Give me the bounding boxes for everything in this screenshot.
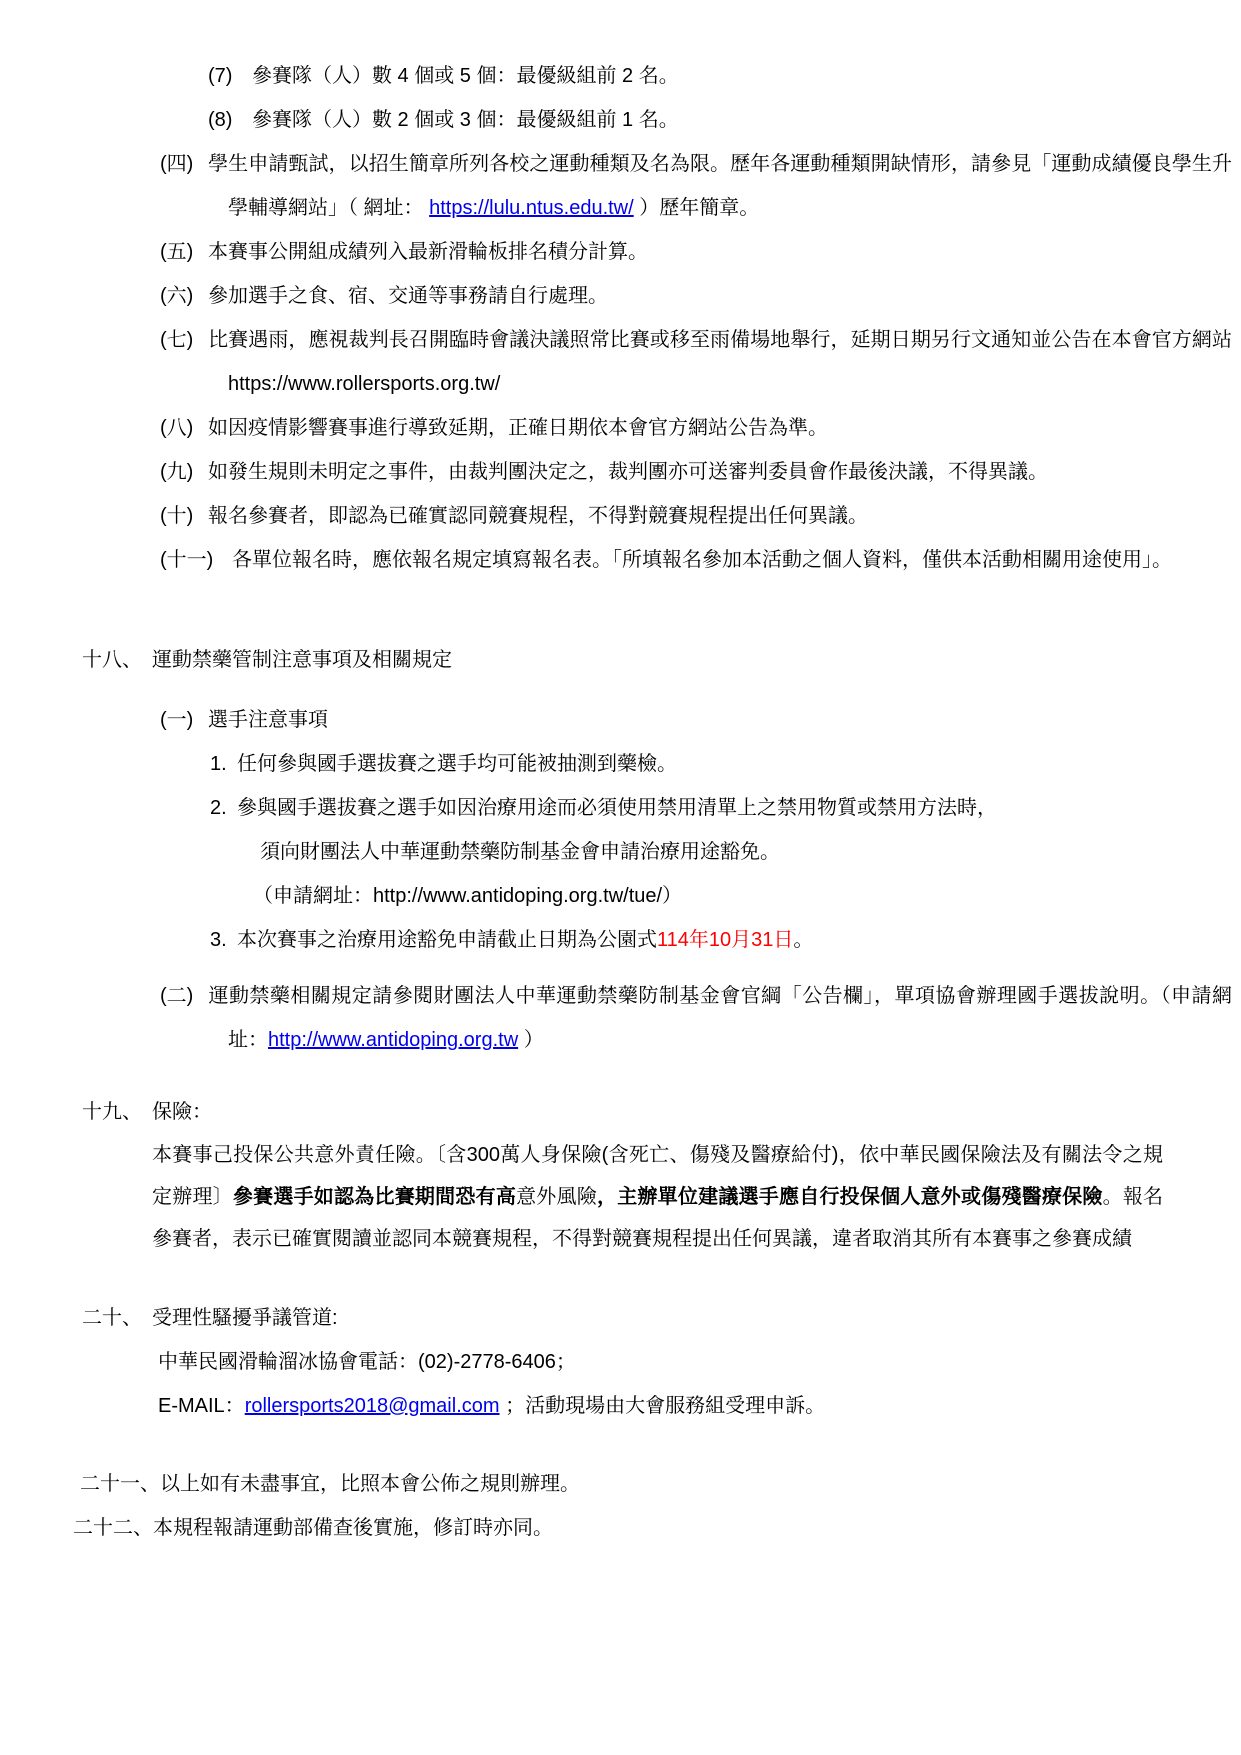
item-number: (十) xyxy=(160,494,208,538)
list-item-4: (四)學生申請甄試，以招生簡章所列各校之運動種類及名為限。歷年各運動種類開缺情形… xyxy=(160,142,1232,230)
item-text: 本賽事公開組成績列入最新滑輪板排名積分計算。 xyxy=(208,241,648,263)
item-number: (7) xyxy=(208,54,252,98)
item-text: 任何參與國手選拔賽之選手均可能被抽測到藥檢。 xyxy=(237,753,677,775)
numbered-item-3: 3.本次賽事之治療用途豁免申請截止日期為公園式114年10月31日。 xyxy=(210,918,1190,962)
section-number: 二十、 xyxy=(82,1296,152,1340)
list-item-11: (十一)各單位報名時，應依報名規定填寫報名表。「所填報名參加本活動之個人資料，僅… xyxy=(160,538,1232,582)
section-18-heading: 十八、運動禁藥管制注意事項及相關規定 xyxy=(82,638,1241,682)
numbered-item-2-continuation: 須向財團法人中華運動禁藥防制基金會申請治療用途豁免。 xyxy=(260,830,1241,874)
email-label: E-MAIL： xyxy=(158,1395,245,1417)
numbered-item-2-url-line: （申請網址：http://www.antidoping.org.tw/tue/） xyxy=(253,874,1241,918)
link-email[interactable]: rollersports2018@gmail.com xyxy=(245,1395,500,1417)
section-number: 二十一、 xyxy=(80,1473,160,1495)
document-page: (7)參賽隊（人）數 4 個或 5 個：最優級組前 2 名。 (8)參賽隊（人）… xyxy=(0,0,1241,1755)
insurance-paragraph: 本賽事己投保公共意外責任險。〔含300萬人身保險(含死亡、傷殘及醫療給付)，依中… xyxy=(152,1134,1163,1260)
section-19-heading: 十九、保險： xyxy=(82,1090,1241,1134)
item-text: 須向財團法人中華運動禁藥防制基金會申請治療用途豁免。 xyxy=(260,841,780,863)
list-item-9: (九)如發生規則未明定之事件，由裁判團決定之，裁判團亦可送審判委員會作最後決議，… xyxy=(160,450,1232,494)
item-number: (七) xyxy=(160,318,208,362)
item-number: (8) xyxy=(208,98,252,142)
list-item-5: (五)本賽事公開組成績列入最新滑輪板排名積分計算。 xyxy=(160,230,1232,274)
numbered-item-2: 2.參與國手選拔賽之選手如因治療用途而必須使用禁用清單上之禁用物質或禁用方法時， xyxy=(210,786,1190,830)
item-number: 3. xyxy=(210,918,237,962)
item-text: 本次賽事之治療用途豁免申請截止日期為公園式 xyxy=(237,929,657,951)
phone-text: 中華民國滑輪溜冰協會電話：(02)-2778-6406； xyxy=(158,1351,576,1373)
item-text: （申請網址：http://www.antidoping.org.tw/tue/） xyxy=(253,885,682,907)
item-number: (十一) xyxy=(160,538,232,582)
item-text: 參加選手之食、宿、交通等事務請自行處理。 xyxy=(208,285,608,307)
list-item-6: (六)參加選手之食、宿、交通等事務請自行處理。 xyxy=(160,274,1232,318)
item-number: 2. xyxy=(210,786,237,830)
item-number: (五) xyxy=(160,230,208,274)
link-antidoping[interactable]: http://www.antidoping.org.tw xyxy=(268,1029,518,1051)
list-item-7b: (七)比賽遇雨，應視裁判長召開臨時會議決議照常比賽或移至雨備場地舉行，延期日期另… xyxy=(160,318,1232,406)
deadline-date-highlight: 114年10月31日 xyxy=(657,929,793,951)
item-number: (八) xyxy=(160,406,208,450)
item-text: ） xyxy=(518,1029,544,1051)
section-text: 以上如有未盡事宜，比照本會公佈之規則辦理。 xyxy=(160,1473,580,1495)
email-line: E-MAIL：rollersports2018@gmail.com ；活動現場由… xyxy=(158,1384,1241,1428)
item-text: 參賽隊（人）數 2 個或 3 個：最優級組前 1 名。 xyxy=(252,109,679,131)
item-number: 1. xyxy=(210,742,237,786)
bold-warning-text: 參賽選手如認為比賽期間恐有高 xyxy=(233,1186,516,1208)
item-number: (六) xyxy=(160,274,208,318)
item-text: 選手注意事項 xyxy=(208,709,328,731)
section-text: 本規程報請運動部備查後實施，修訂時亦同。 xyxy=(153,1517,553,1539)
item-text: 如因疫情影響賽事進行導致延期，正確日期依本會官方網站公告為準。 xyxy=(208,417,828,439)
item-number: (二) xyxy=(160,974,208,1018)
section-18-sub-1: (一)選手注意事項 xyxy=(160,698,1232,742)
phone-line: 中華民國滑輪溜冰協會電話：(02)-2778-6406； xyxy=(158,1340,1241,1384)
numbered-item-1: 1.任何參與國手選拔賽之選手均可能被抽測到藥檢。 xyxy=(210,742,1190,786)
item-text: 參賽隊（人）數 4 個或 5 個：最優級組前 2 名。 xyxy=(252,65,679,87)
item-number: (四) xyxy=(160,142,208,186)
section-21-line: 二十一、以上如有未盡事宜，比照本會公佈之規則辦理。 xyxy=(80,1462,1241,1506)
list-item-8b: (八)如因疫情影響賽事進行導致延期，正確日期依本會官方網站公告為準。 xyxy=(160,406,1232,450)
item-text: 如發生規則未明定之事件，由裁判團決定之，裁判團亦可送審判委員會作最後決議，不得異… xyxy=(208,461,1048,483)
paragraph-text: 意外風險 xyxy=(516,1186,597,1208)
section-22-line: 二十二、本規程報請運動部備查後實施，修訂時亦同。 xyxy=(73,1506,1241,1550)
email-post-text: ；活動現場由大會服務組受理申訴。 xyxy=(500,1395,826,1417)
item-text: ）歷年簡章。 xyxy=(634,197,760,219)
section-18-sub-2: (二)運動禁藥相關規定請參閱財團法人中華運動禁藥防制基金會官綱「公告欄」，單項協… xyxy=(160,974,1232,1062)
list-item-7: (7)參賽隊（人）數 4 個或 5 個：最優級組前 2 名。 xyxy=(208,54,1241,98)
item-text: 報名參賽者，即認為已確實認同競賽規程，不得對競賽規程提出任何異議。 xyxy=(208,505,868,527)
section-number: 二十二、 xyxy=(73,1517,153,1539)
list-item-8: (8)參賽隊（人）數 2 個或 3 個：最優級組前 1 名。 xyxy=(208,98,1241,142)
section-title: 運動禁藥管制注意事項及相關規定 xyxy=(152,649,452,671)
item-text: 比賽遇雨，應視裁判長召開臨時會議決議照常比賽或移至雨備場地舉行，延期日期另行文通… xyxy=(208,329,1232,395)
item-number: (一) xyxy=(160,698,208,742)
section-number: 十九、 xyxy=(82,1090,152,1134)
section-title: 受理性騷擾爭議管道: xyxy=(152,1307,338,1329)
section-number: 十八、 xyxy=(82,638,152,682)
section-title: 保險： xyxy=(152,1101,212,1123)
item-text: 參與國手選拔賽之選手如因治療用途而必須使用禁用清單上之禁用物質或禁用方法時， xyxy=(237,797,997,819)
list-item-10: (十)報名參賽者，即認為已確實認同競賽規程，不得對競賽規程提出任何異議。 xyxy=(160,494,1232,538)
item-number: (九) xyxy=(160,450,208,494)
bold-warning-text: ，主辦單位建議選手應自行投保個人意外或傷殘醫療保險 xyxy=(597,1186,1103,1208)
item-text: 各單位報名時，應依報名規定填寫報名表。「所填報名參加本活動之個人資料，僅供本活動… xyxy=(232,549,1172,571)
item-text: 。 xyxy=(793,929,813,951)
link-lulu-ntus[interactable]: https://lulu.ntus.edu.tw/ xyxy=(429,197,634,219)
section-20-heading: 二十、受理性騷擾爭議管道: xyxy=(82,1296,1241,1340)
